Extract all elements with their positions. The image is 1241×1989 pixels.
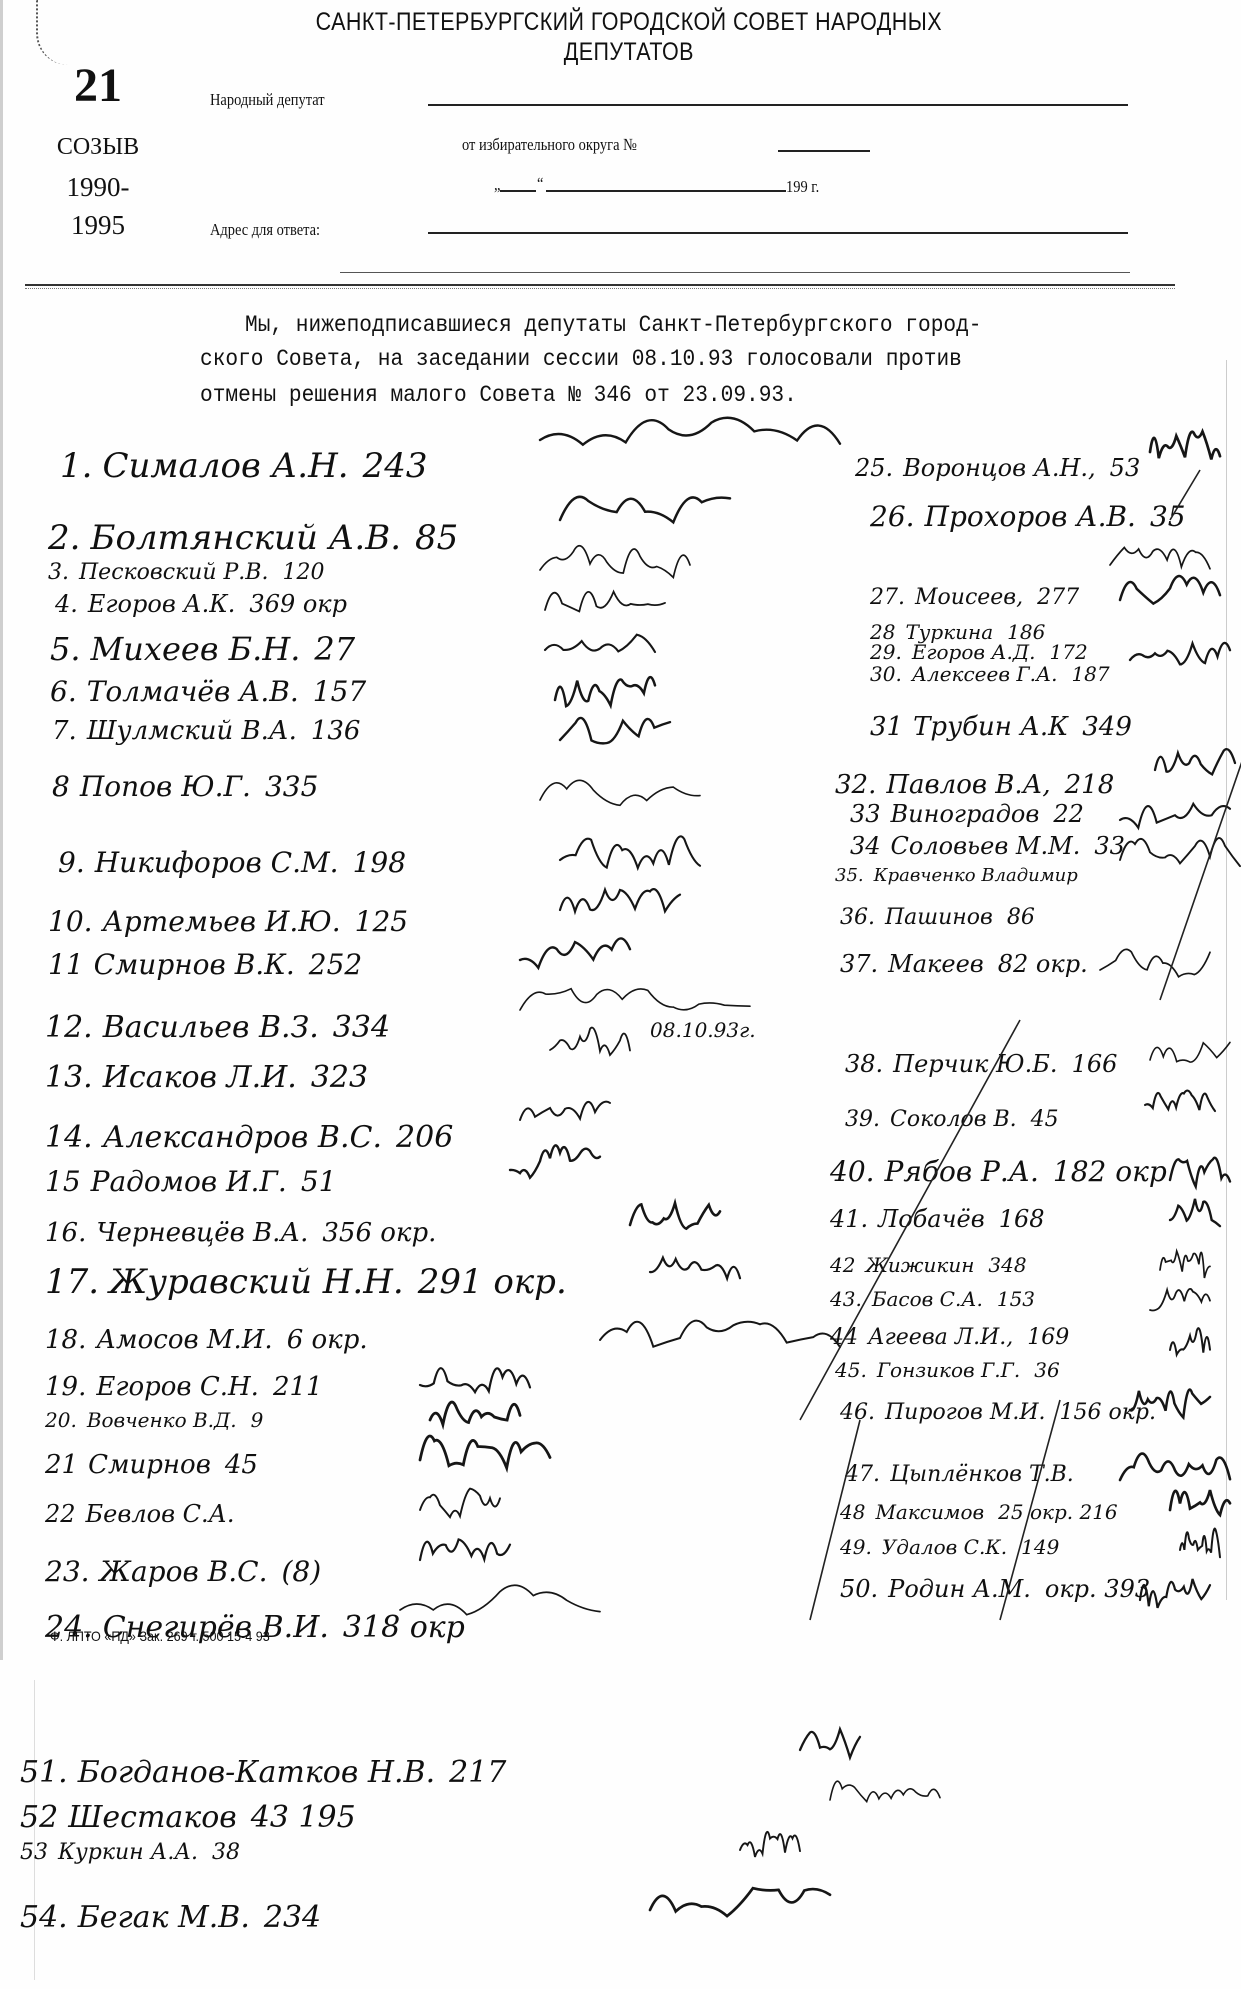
signatory-name: Воронцов А.Н., (903, 454, 1096, 482)
signatory-number: 11 (48, 948, 84, 981)
signatory-number: 19. (45, 1372, 86, 1402)
signatory-name: Прохоров А.В. (925, 500, 1136, 533)
signatory-row: 49.Удалов С.К.149 (840, 1535, 1059, 1559)
signatory-name: Соколов В. (890, 1107, 1017, 1132)
signatory-name: Егоров А.Д. (912, 640, 1036, 664)
signatory-name: Амосов М.И. (96, 1325, 272, 1355)
statement-line: Мы, нижеподписавшиеся депутаты Санкт-Пет… (245, 312, 1128, 338)
signatory-district: 156 окр. (1060, 1400, 1156, 1425)
date-field-close-quote: “ (537, 174, 543, 194)
signatory-number: 9. (58, 846, 85, 879)
signature-scribble (560, 836, 700, 868)
signatory-district: 33 (1094, 832, 1125, 860)
signatory-name: Александров В.С. (103, 1120, 382, 1155)
signatory-number: 23. (45, 1555, 90, 1588)
signature-scribble (630, 1203, 720, 1229)
signatory-number: 15 (45, 1165, 81, 1198)
signatory-district: 36 (1034, 1358, 1059, 1382)
signatory-district: 35 (1150, 500, 1186, 533)
signatory-number: 21 (45, 1450, 78, 1480)
signatory-number: 54. (20, 1900, 68, 1935)
signature-scribble (1150, 1042, 1230, 1062)
signature-scribble (555, 677, 655, 706)
signature-scribble (560, 718, 670, 743)
signatory-row: 35.Кравченко Владимир (835, 865, 1092, 886)
signatory-number: 13. (45, 1060, 93, 1095)
signatory-district: 234 (264, 1900, 321, 1935)
signatory-number: 29. (870, 640, 902, 664)
scanned-document-page: САНКТ-ПЕТЕРБУРГСКИЙ ГОРОДСКОЙ СОВЕТ НАРО… (0, 0, 1241, 1989)
signatory-name: Шестаков (68, 1800, 237, 1835)
signature-scribble (540, 418, 840, 445)
statement-line: ского Совета, на заседании сессии 08.10.… (200, 346, 1083, 372)
signature-scribble (1170, 1328, 1210, 1354)
signature-scribble (560, 889, 680, 911)
signature-scribble (520, 989, 750, 1010)
signatory-district: 187 (1071, 662, 1109, 686)
date-field-open-quote: „ (494, 175, 500, 195)
signatory-district: 149 (1021, 1535, 1059, 1559)
signatory-row: 33Виноградов22 (850, 800, 1084, 828)
signatory-district: 45 (225, 1450, 258, 1480)
signature-scribble (1150, 1289, 1210, 1311)
address-field-line (428, 232, 1128, 234)
signatory-row: 18.Амосов М.И.6 окр. (45, 1325, 368, 1355)
signatory-name: Цыплёнков Т.В. (890, 1462, 1074, 1487)
signatory-number: 20. (45, 1408, 77, 1432)
handwritten-signatures (0, 0, 1241, 1989)
address-field-line-2 (340, 272, 1130, 273)
signatory-district: 277 (1037, 585, 1079, 610)
signatory-note: 08.10.93г. (650, 1018, 756, 1042)
signatory-name: Васильев В.З. (103, 1010, 319, 1045)
signatory-district: 243 (363, 446, 428, 486)
signatory-number: 47. (845, 1462, 880, 1487)
signatory-row: 51.Богданов-Катков Н.В.217 (20, 1755, 506, 1790)
signatory-name: Соловьев М.М. (891, 832, 1081, 860)
deputy-field-label: Народный депутат (210, 90, 325, 110)
signatory-number: 18. (45, 1325, 86, 1355)
signatory-district: 22 (1053, 800, 1084, 828)
signatory-district: 168 (999, 1205, 1045, 1233)
signatory-number: 7. (52, 716, 77, 746)
signatory-name: Пирогов М.И. (885, 1400, 1046, 1425)
signature-scribble (520, 938, 630, 967)
signatory-row: 10.Артемьев И.Ю.125 (48, 905, 408, 938)
signatory-name: Сималов А.Н. (102, 446, 348, 486)
signatory-row: 27.Моисеев,277 (870, 585, 1079, 610)
signature-stroke (1160, 680, 1241, 1000)
signature-scribble (740, 1832, 800, 1857)
signatory-name: Богданов-Катков Н.В. (78, 1755, 435, 1790)
signature-scribble (430, 1402, 520, 1425)
signatory-district: 136 (311, 716, 361, 746)
signatory-row: 13.Исаков Л.И.323 (45, 1060, 368, 1095)
signature-scribble (1120, 1454, 1230, 1480)
signatory-number: 25. (855, 454, 893, 482)
signatory-name: Бегак М.В. (78, 1900, 250, 1935)
signatory-row: 31Трубин А.К349 (870, 712, 1132, 742)
signatory-number: 48 (840, 1500, 865, 1524)
signatory-row: 8Попов Ю.Г.335 (52, 770, 318, 803)
signatory-district: окр. 393 (1045, 1575, 1150, 1603)
signatory-number: 37. (840, 950, 878, 978)
signature-scribble (560, 497, 730, 523)
signatory-row: 36.Пашинов86 (840, 905, 1035, 930)
signatory-district: 25 окр. 216 (998, 1500, 1117, 1524)
scan-edge (0, 0, 3, 1660)
signature-scribble (1170, 1490, 1230, 1515)
signatory-number: 36. (840, 905, 875, 930)
signatory-number: 3. (48, 560, 69, 585)
signatory-row: 2.Болтянский А.В.85 (48, 518, 458, 558)
signatory-district: 51 (301, 1165, 337, 1198)
signatory-number: 1. (60, 446, 92, 486)
signatory-name: Болтянский А.В. (90, 518, 401, 558)
signatory-number: 12. (45, 1010, 93, 1045)
signatory-row: 42Жижикин348 (830, 1253, 1027, 1277)
signatory-name: Жижикин (865, 1253, 974, 1277)
signatory-number: 38. (845, 1050, 883, 1078)
signatory-number: 33 (850, 800, 881, 828)
convocation-label: СОЗЫВ (38, 134, 158, 161)
signatory-name: Макеев (888, 950, 984, 978)
signatory-number: 51. (20, 1755, 68, 1790)
signatory-row: 40.Рябов Р.А.182 окр (830, 1155, 1167, 1188)
signatory-row: 15Радомов И.Г.51 (45, 1165, 336, 1198)
signatory-district: 369 окр (249, 590, 347, 618)
signatory-district: 356 окр. (322, 1218, 436, 1248)
signatory-row: 50.Родин А.М.окр. 393 (840, 1575, 1150, 1603)
convocation-number: 21 (38, 58, 158, 113)
signatory-row: 37.Макеев82 окр. (840, 950, 1088, 978)
signatory-district: 85 (415, 518, 458, 558)
signatory-name: Михеев Б.Н. (91, 630, 301, 668)
signatory-number: 40. (830, 1155, 875, 1188)
signatory-name: Исаков Л.И. (103, 1060, 297, 1095)
signatory-district: 206 (396, 1120, 453, 1155)
signatory-row: 39.Соколов В.45 (845, 1107, 1059, 1132)
signatory-number: 8 (52, 770, 70, 803)
signatory-row: 20.Вовченко В.Д.9 (45, 1408, 263, 1432)
signatory-name: Гонзиков Г.Г. (877, 1358, 1020, 1382)
signatory-row: 43.Басов С.А.153 (830, 1287, 1035, 1311)
signatory-number: 46. (840, 1400, 875, 1425)
signatory-row: 53Куркин А.А.38 (20, 1840, 240, 1865)
signatory-row: 22Бевлов С.А. (45, 1500, 248, 1528)
signatory-name: Виноградов (891, 800, 1040, 828)
signature-scribble (540, 780, 700, 805)
signatory-number: 14. (45, 1120, 93, 1155)
signatory-number: 16. (45, 1218, 86, 1248)
signatory-name: Вовченко В.Д. (87, 1408, 237, 1432)
hole-punch-mark (36, 0, 68, 65)
signatory-name: Басов С.А. (872, 1287, 983, 1311)
signatory-name: Максимов (875, 1500, 984, 1524)
signatory-district: 211 (273, 1372, 323, 1402)
signatory-district: 27 (314, 630, 355, 668)
signatory-row: 26.Прохоров А.В.35 (870, 500, 1186, 533)
signature-scribble (545, 592, 665, 612)
date-day-line (500, 190, 536, 192)
signatory-row: 41.Лобачёв168 (830, 1205, 1045, 1233)
signature-scribble (420, 1539, 510, 1560)
signature-scribble (1120, 576, 1220, 604)
signatory-name: Агеева Л.И., (868, 1325, 1013, 1350)
signatory-name: Кравченко Владимир (874, 865, 1078, 886)
signatory-row: 1.Сималов А.Н.243 (60, 446, 427, 486)
deputy-field-line (428, 104, 1128, 106)
signature-scribble (1170, 1158, 1230, 1187)
signatory-number: 31 (870, 712, 903, 742)
signatory-row: 9.Никифоров С.М.198 (58, 846, 406, 879)
signatory-row: 21Смирнов45 (45, 1450, 258, 1480)
signatory-number: 4. (55, 590, 78, 618)
signatory-name: Песковский Р.В. (79, 560, 268, 585)
signatory-district: 120 (282, 560, 324, 585)
signature-scribble (1180, 1529, 1220, 1558)
signatory-district: 172 (1050, 640, 1088, 664)
signature-scribble (540, 546, 690, 578)
signature-scribble (510, 1145, 600, 1177)
signatory-name: Смирнов В.К. (94, 948, 295, 981)
signature-scribble (420, 1368, 530, 1392)
signatory-number: 5. (50, 630, 81, 668)
signature-scribble (420, 1436, 550, 1468)
signatory-row: 17.Журавский Н.Н.291 окр. (45, 1262, 567, 1302)
signatory-district: 6 окр. (287, 1325, 368, 1355)
signatory-name: Бевлов С.А. (86, 1500, 235, 1528)
signatory-row: 34Соловьев М.М.33 (850, 832, 1125, 860)
signatory-district: 125 (355, 905, 408, 938)
signatory-number: 35. (835, 865, 864, 886)
signatory-row: 3.Песковский Р.В.120 (48, 560, 324, 585)
signatory-name: Попов Ю.Г. (80, 770, 251, 803)
signatory-name: Артемьев И.Ю. (103, 905, 341, 938)
signature-scribble (1155, 749, 1235, 774)
signatory-row: 23.Жаров В.С.(8) (45, 1555, 321, 1588)
signatory-row: 19.Егоров С.Н.211 (45, 1372, 323, 1402)
signatory-name: Трубин А.К (913, 712, 1068, 742)
signatory-row: 44Агеева Л.И.,169 (830, 1325, 1069, 1350)
signatory-number: 2. (48, 518, 80, 558)
signatory-district: 335 (265, 770, 318, 803)
signatory-district: 182 окр (1053, 1155, 1167, 1188)
signatory-name: Алексеев Г.А. (912, 662, 1058, 686)
signatory-number: 43. (830, 1287, 862, 1311)
signatory-row: 54.Бегак М.В.234 (20, 1900, 321, 1935)
signatory-number: 17. (45, 1262, 99, 1302)
signatory-district: 153 (997, 1287, 1035, 1311)
signatory-row: 48Максимов25 окр. 216 (840, 1500, 1118, 1524)
org-title: САНКТ-ПЕТЕРБУРГСКИЙ ГОРОДСКОЙ СОВЕТ НАРО… (95, 8, 1162, 37)
signatory-district: 323 (311, 1060, 368, 1095)
signatory-district: 38 (212, 1840, 240, 1865)
date-month-line (546, 190, 786, 192)
signatory-number: 39. (845, 1107, 880, 1132)
signature-scribble (545, 635, 655, 652)
signatory-district: 334 (333, 1010, 390, 1045)
signature-scribble (1120, 838, 1240, 866)
signatory-number: 32. (835, 770, 876, 800)
signatory-district: 86 (1007, 905, 1035, 930)
signatory-name: Куркин А.А. (58, 1840, 198, 1865)
signatory-number: 44 (830, 1325, 858, 1350)
signatory-district: 318 окр (343, 1610, 465, 1645)
signature-scribble (1130, 643, 1230, 665)
signatory-district: 53 (1110, 454, 1141, 482)
signatory-district: 218 (1065, 770, 1115, 800)
signatory-number: 22 (45, 1500, 76, 1528)
signatory-district: 169 (1027, 1325, 1069, 1350)
signatory-row: 32.Павлов В.А,218 (835, 770, 1114, 800)
signatory-row: 7.Шулмский В.А.136 (52, 716, 360, 746)
signature-scribble (650, 1888, 830, 1916)
signature-scribble (1110, 548, 1210, 569)
signatory-district: 166 (1072, 1050, 1118, 1078)
signature-scribble (1160, 1251, 1210, 1278)
signatory-number: 53 (20, 1840, 48, 1865)
signatory-row: 6.Толмачёв А.В.157 (50, 675, 366, 708)
signature-scribble (1150, 432, 1220, 460)
signature-scribble (1100, 949, 1210, 976)
signatory-district: 9 (251, 1408, 264, 1432)
signatory-row: 52Шестаков43 195 (20, 1800, 356, 1835)
signatory-number: 10. (48, 905, 93, 938)
signatory-row: 46.Пирогов М.И.156 окр. (840, 1400, 1156, 1425)
signatory-district: 82 окр. (998, 950, 1088, 978)
signatory-row: 12.Васильев В.З.33408.10.93г. (45, 1010, 756, 1045)
signatory-district: 291 окр. (418, 1262, 567, 1302)
signatory-name: Никифоров С.М. (95, 846, 339, 879)
years-end: 1995 (38, 210, 158, 241)
signature-scribble (1140, 1579, 1210, 1608)
signatory-district: 198 (353, 846, 406, 879)
signatory-name: Черневцёв В.А. (96, 1218, 308, 1248)
signature-scribble (600, 1321, 840, 1347)
signatory-name: Родин А.М. (888, 1575, 1031, 1603)
signature-scribble (520, 1102, 610, 1120)
signatory-name: Перчик Ю.Б. (893, 1050, 1057, 1078)
signatory-district: 252 (309, 948, 362, 981)
signatory-name: Толмачёв А.В. (87, 675, 299, 708)
signatory-district: 157 (313, 675, 366, 708)
years-start: 1990- (38, 172, 158, 203)
signatory-row: 4.Егоров А.К.369 окр (55, 590, 347, 618)
signatory-row: 29.Егоров А.Д.172 (870, 640, 1088, 664)
signatory-number: 27. (870, 585, 905, 610)
signature-scribble (650, 1258, 740, 1279)
signatory-district: 349 (1082, 712, 1132, 742)
signatory-district: 348 (988, 1253, 1026, 1277)
address-field-label: Адрес для ответа: (210, 220, 320, 240)
signatory-row: 16.Черневцёв В.А.356 окр. (45, 1218, 436, 1248)
signatory-name: Егоров С.Н. (96, 1372, 259, 1402)
signatory-row: 30.Алексеев Г.А.187 (870, 662, 1110, 686)
signatory-name: Смирнов (88, 1450, 211, 1480)
signatory-name: Шулмский В.А. (87, 716, 297, 746)
date-year-label: 199 г. (786, 177, 819, 197)
signatory-row: 45.Гонзиков Г.Г.36 (835, 1358, 1060, 1382)
signatory-name: Журавский Н.Н. (109, 1262, 404, 1302)
signatory-name: Жаров В.С. (100, 1555, 268, 1588)
signatory-row: 14.Александров В.С.206 (45, 1120, 453, 1155)
signatory-district: 43 195 (251, 1800, 356, 1835)
signature-scribble (800, 1729, 860, 1757)
signatory-row: 47.Цыплёнков Т.В. (845, 1462, 1088, 1487)
signatory-row: 5.Михеев Б.Н.27 (50, 630, 355, 668)
signature-scribble (1120, 804, 1230, 828)
signatory-number: 41. (830, 1205, 868, 1233)
signatory-number: 50. (840, 1575, 878, 1603)
signatory-number: 45. (835, 1358, 867, 1382)
signatory-number: 52 (20, 1800, 58, 1835)
fold-line (1226, 360, 1227, 1600)
signature-scribble (420, 1489, 500, 1518)
signatory-number: 6. (50, 675, 77, 708)
signatory-name: Павлов В.А, (886, 770, 1050, 800)
signature-scribble (1170, 1199, 1220, 1226)
signature-scribble (1145, 1091, 1215, 1111)
district-field-label: от избирательного округа № (462, 135, 637, 155)
signatory-district: 45 (1031, 1107, 1059, 1132)
signatory-name: Радомов И.Г. (91, 1165, 287, 1198)
signatory-row: 25.Воронцов А.Н.,53 (855, 454, 1140, 482)
signatory-number: 42 (830, 1253, 855, 1277)
signature-scribble (830, 1781, 940, 1801)
statement-line: отмены решения малого Совета № 346 от 23… (200, 382, 1083, 408)
signatory-row: 11Смирнов В.К.252 (48, 948, 362, 981)
signatory-name: Пашинов (885, 905, 993, 930)
signatory-number: 49. (840, 1535, 872, 1559)
signatory-number: 26. (870, 500, 915, 533)
letterhead-divider (25, 284, 1175, 289)
signatory-name: Моисеев, (915, 585, 1023, 610)
signatory-name: Рябов Р.А. (885, 1155, 1039, 1188)
signatory-district: (8) (281, 1555, 321, 1588)
district-field-line (778, 150, 870, 152)
signatory-name: Удалов С.К. (882, 1535, 1007, 1559)
print-info: Ф. ЛПТО «ПД» Зак. 269 т. 500 15-4 93 (50, 1628, 270, 1644)
signatory-number: 34 (850, 832, 881, 860)
signatory-row: 38.Перчик Ю.Б.166 (845, 1050, 1117, 1078)
signatory-district: 217 (449, 1755, 506, 1790)
org-title: ДЕПУТАТОВ (95, 38, 1162, 67)
signatory-name: Егоров А.К. (88, 590, 236, 618)
signatory-number: 30. (870, 662, 902, 686)
signatory-name: Лобачёв (878, 1205, 985, 1233)
